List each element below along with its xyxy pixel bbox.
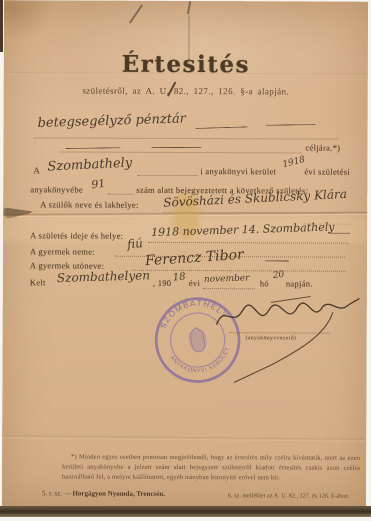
dated-year-printed: , 190 [153, 278, 172, 288]
ink-dash [65, 147, 120, 149]
stamp-crest-icon [187, 327, 209, 353]
dated-suffix: napján. [286, 278, 313, 288]
ink-dash [196, 126, 248, 129]
ink-dash [265, 260, 289, 261]
dated-place-handwritten: Szombathelyen [57, 268, 150, 285]
printer-imprint: 5. r. sz. — Horgágyon Nyomda, Trencsén. [42, 489, 165, 498]
scan-edge-shadow [0, 0, 3, 52]
dated-evi-label: évi [189, 278, 200, 288]
dated-day-handwritten: 20 [272, 270, 285, 281]
district-mid-label: i anyakönyvi kerület [200, 166, 276, 176]
footnote-text: *) Minden egyes esetben pontosan megjelö… [62, 452, 360, 483]
sex-label: A gyermek neme: [30, 246, 95, 256]
district-place-handwritten: Szombathely [47, 156, 132, 175]
district-prefix: A [33, 165, 40, 175]
registry-number-handwritten: 91 [90, 177, 106, 192]
dated-month-handwritten: november [204, 273, 250, 284]
registry-prefix-label: anyakönyvébe [30, 184, 83, 194]
parents-label: A szülők neve és lakhelye: [40, 199, 138, 209]
district-year-handwritten: 1918 [282, 155, 307, 170]
dated-prefix: Kelt [30, 277, 46, 287]
ink-dash [328, 233, 350, 234]
purpose-label: céljára.*) [305, 143, 340, 153]
dated-year-handwritten: 18 [172, 271, 186, 283]
dotted-rule [107, 193, 133, 195]
print-order-number: 5. r. sz. — [42, 489, 73, 497]
attachment-reference: 6. sz. melléklet az A. U. 82., 127. és 1… [228, 492, 350, 500]
signature-role-label: (anyakönyvvezető) [246, 335, 297, 341]
scan-bottom-shadow [0, 506, 371, 517]
dotted-rule [34, 136, 339, 139]
signature-scribble [212, 294, 367, 390]
dated-ho-label: hó [260, 278, 269, 288]
document-subtitle: születésről, az A. U. 82., 127., 126. §-… [4, 85, 368, 97]
document-paper: Értesités születésről, az A. U. 82., 127… [2, 0, 368, 508]
purpose-handwritten: betegsegélyző pénztár [37, 111, 186, 131]
birth-label: A születés ideje és helye: [30, 230, 123, 240]
pencil-mark [129, 4, 143, 23]
sex-handwritten: fiú [126, 236, 143, 252]
pencil-mark [187, 1, 191, 14]
district-suffix-label: évi születési [304, 167, 350, 177]
dotted-rule [131, 269, 346, 272]
document-title: Értesités [4, 50, 368, 79]
printer-name: Horgágyon Nyomda, Trencsén. [72, 490, 165, 498]
dotted-rule [137, 174, 197, 176]
ink-dash [151, 147, 201, 148]
dotted-rule [148, 241, 348, 244]
dotted-rule [58, 150, 301, 153]
name-handwritten: Ferencz Tibor [145, 247, 245, 269]
fold-crease [2, 435, 366, 441]
ink-dash [266, 124, 316, 126]
